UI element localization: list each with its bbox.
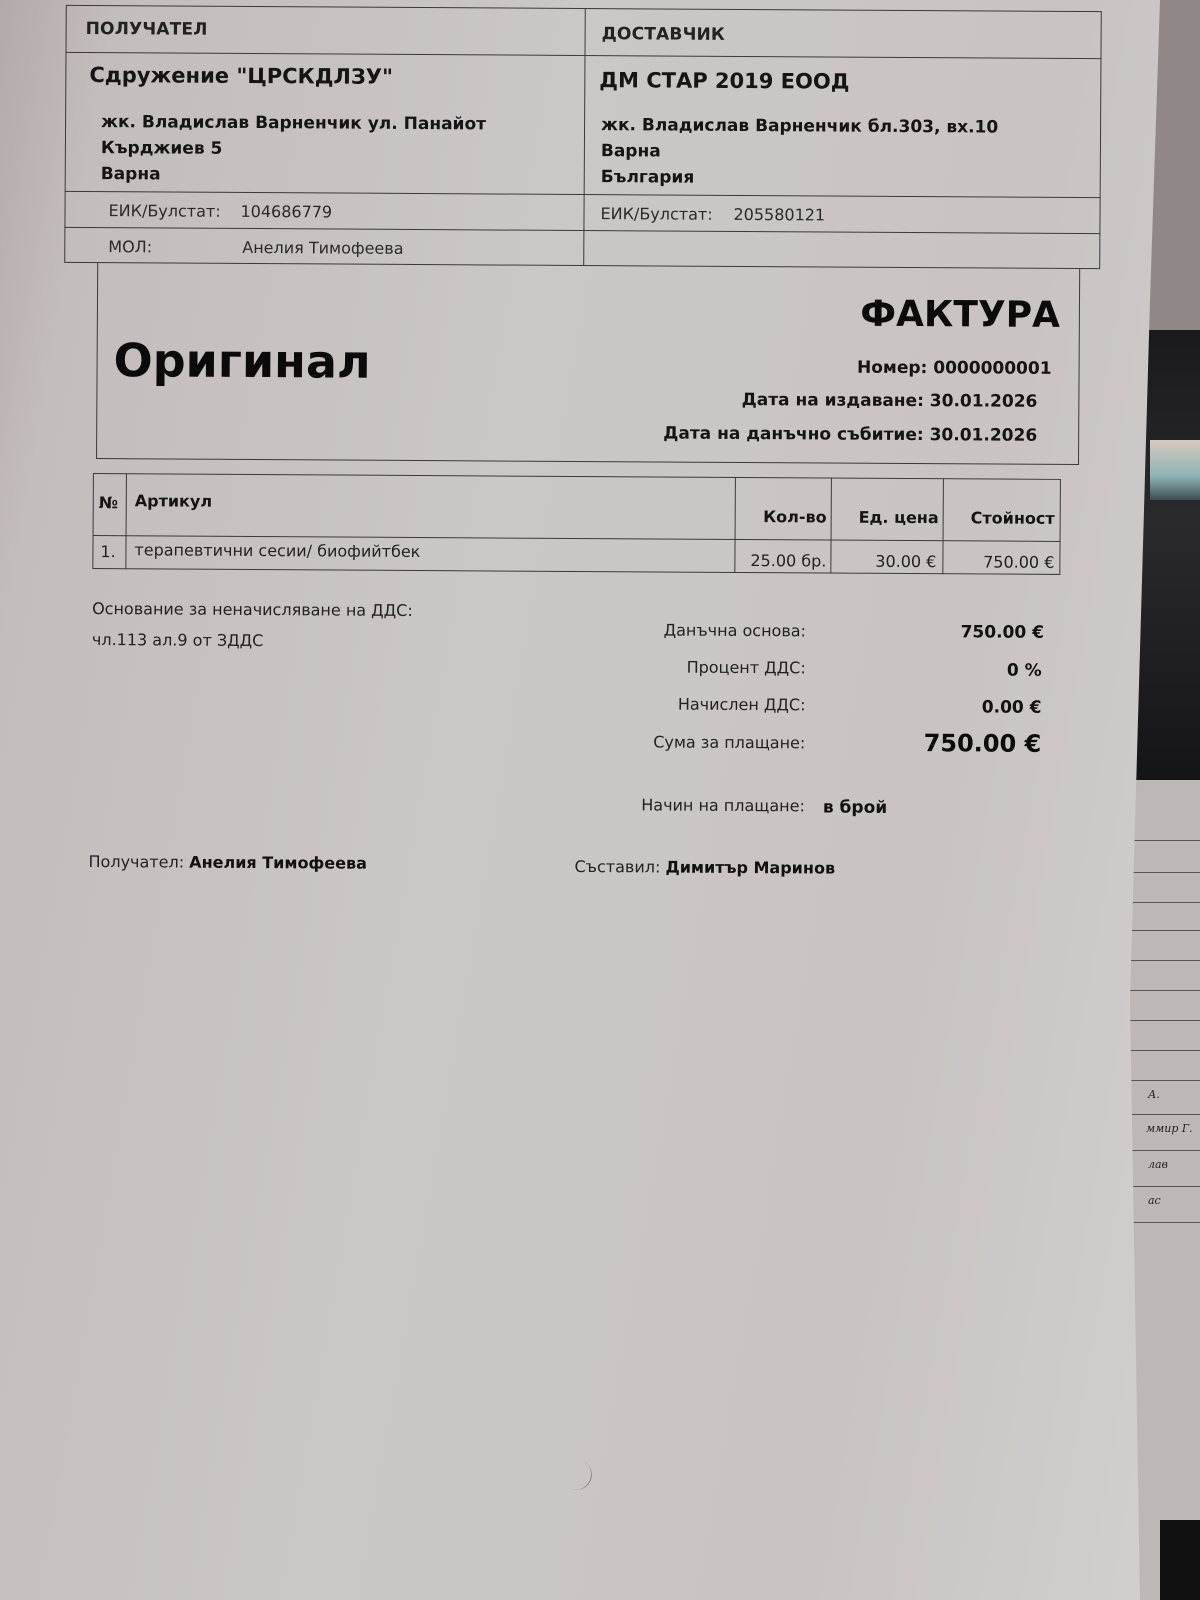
tax-base-value: 750.00 € [961,622,1044,643]
tax-event-date-value: 30.01.2026 [930,425,1038,446]
recipient-address-line1: жк. Владислав Варненчик ул. Панайот [101,109,486,137]
pen-mark [558,1455,597,1495]
supplier-address: жк. Владислав Варненчик бл.303, вх.10 Ва… [601,112,999,192]
issue-date: Дата на издаване: 30.01.2026 [742,390,1038,412]
recipient-eik-value: 104686779 [240,202,332,222]
supplier-name: ДМ СТАР 2019 ЕООД [599,68,849,94]
vat-exemption-value: чл.113 ал.9 от ЗДДС [92,630,264,650]
tax-event-date: Дата на данъчно събитие: 30.01.2026 [663,424,1037,446]
compiler-name: Димитър Маринов [665,858,835,878]
supplier-eik-value: 205580121 [733,205,825,225]
issue-date-label: Дата на издаване: [742,390,924,411]
recipient-address: жк. Владислав Варненчик ул. Панайот Кърд… [101,109,486,189]
copy-type-label: Оригинал [113,333,370,389]
receiver-signature: Получател: Анелия Тимофеева [89,852,368,873]
payment-method-value: в брой [823,797,887,817]
row-no: 1. [100,542,115,561]
payment-method-label: Начин на плащане: [641,795,805,815]
compiler-label: Съставил: [574,857,660,877]
supplier-city: Варна [601,138,998,166]
column-header-unit-price: Ед. цена [859,508,939,527]
vat-amount-label: Начислен ДДС: [678,695,806,715]
invoice-document: ПОЛУЧАТЕЛ ДОСТАВЧИК Сдружение "ЦРСКДЛЗУ"… [0,0,1200,1600]
row-value: 750.00 € [983,552,1054,571]
tax-base-label: Данъчна основа: [664,621,806,641]
supplier-address-line1: жк. Владислав Варненчик бл.303, вх.10 [601,112,998,140]
recipient-eik-label: ЕИК/Булстат: [108,201,220,221]
mol-label: МОЛ: [108,237,152,256]
row-article: терапевтични сесии/ биофийтбек [134,540,420,561]
supplier-country: България [601,164,998,192]
invoice-title: ФАКТУРА [860,294,1060,336]
invoice-number-label: Номер: [857,358,927,378]
recipient-header: ПОЛУЧАТЕЛ [86,19,208,40]
column-header-article: Артикул [135,491,212,510]
supplier-eik-label: ЕИК/Булстат: [600,204,712,224]
supplier-header: ДОСТАВЧИК [602,24,726,45]
invoice-number-value: 0000000001 [933,358,1051,379]
total-value: 750.00 € [924,729,1042,758]
vat-percent-label: Процент ДДС: [687,658,806,678]
invoice-number: Номер: 0000000001 [857,358,1052,379]
tax-event-date-label: Дата на данъчно събитие: [663,424,924,446]
receiver-label: Получател: [89,852,185,872]
column-header-value: Стойност [971,508,1055,528]
row-quantity: 25.00 бр. [750,551,826,570]
vat-exemption-label: Основание за неначисляване на ДДС: [92,599,413,620]
mol-value: Анелия Тимофеева [242,238,403,258]
compiler-signature: Съставил: Димитър Маринов [574,857,835,878]
recipient-address-line2: Кърджиев 5 [101,135,486,163]
vat-percent-value: 0 % [1007,661,1042,681]
column-header-no: № [99,493,118,512]
column-header-quantity: Кол-во [763,507,827,526]
recipient-name: Сдружение "ЦРСКДЛЗУ" [89,63,393,89]
vat-amount-value: 0.00 € [982,697,1042,717]
recipient-city: Варна [101,161,486,189]
issue-date-value: 30.01.2026 [930,391,1038,412]
receiver-name: Анелия Тимофеева [189,853,367,873]
row-unit-price: 30.00 € [875,552,936,571]
total-label: Сума за плащане: [653,732,805,752]
